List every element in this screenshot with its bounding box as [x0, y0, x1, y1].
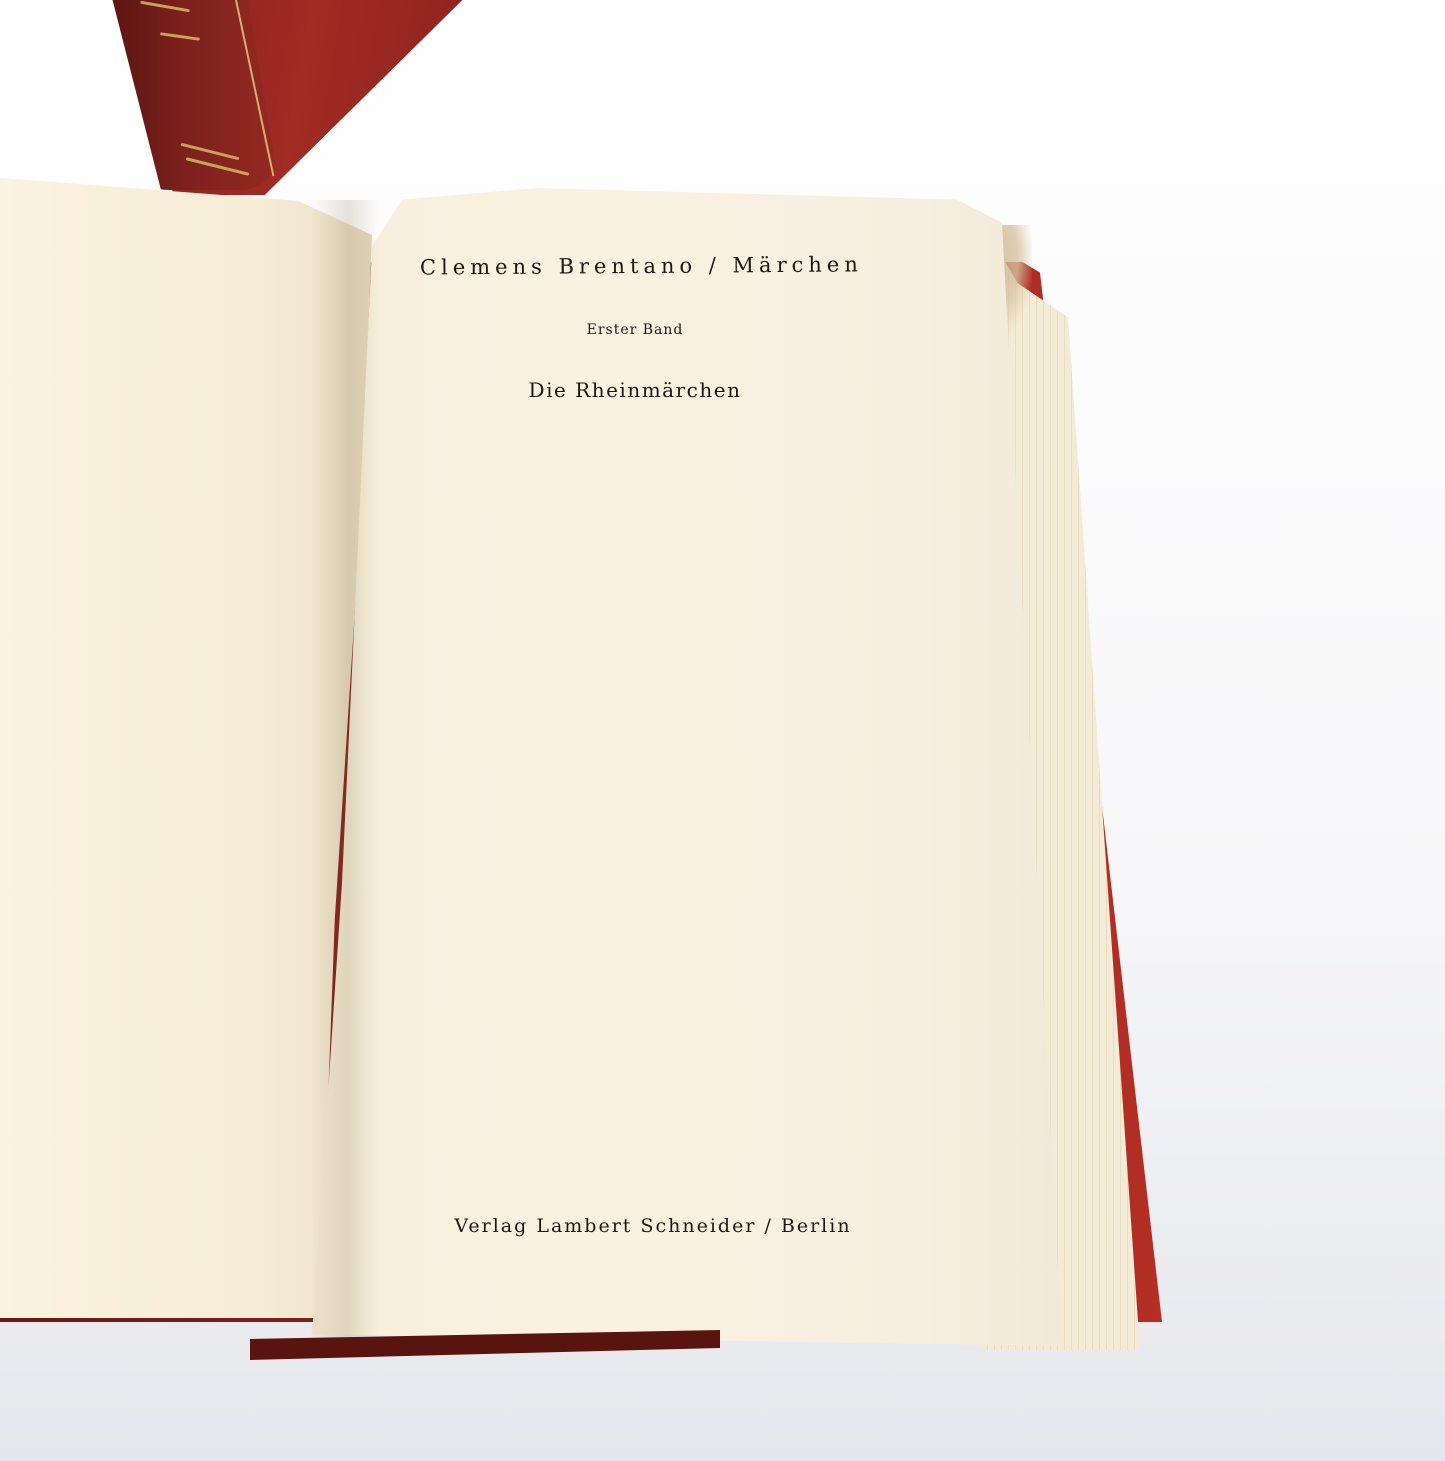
- gutter-shadow: [310, 200, 380, 1340]
- publisher-line: Verlag Lambert Schneider / Berlin: [448, 1215, 858, 1237]
- book-title: Die Rheinmärchen: [520, 378, 750, 402]
- volume-label: Erster Band: [570, 322, 700, 338]
- right-page: [312, 188, 1062, 1346]
- author-line: Clemens Brentano / Märchen: [420, 252, 850, 279]
